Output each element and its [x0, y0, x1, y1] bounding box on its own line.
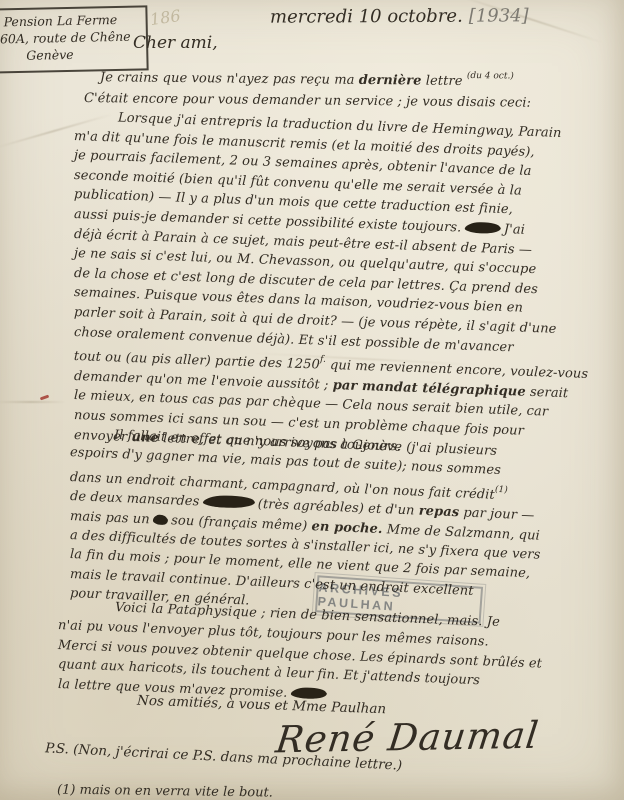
salutation: Cher ami,: [133, 33, 218, 53]
paragraph-2: Lorsque j'ai entrepris la traduction du …: [74, 107, 589, 445]
paper-crease: [0, 401, 66, 403]
paragraph-1: Je crains que vous n'ayez pas reçu ma de…: [84, 62, 531, 109]
date-year-annotation: [1934]: [469, 5, 529, 26]
letter-text-segment: de deux mansardes: [70, 489, 204, 510]
letter-text-segment: dernière: [359, 73, 422, 89]
paragraph-3: Il fallait en effet que nous soyons à Ge…: [70, 424, 541, 604]
letter-text-segment: en poche.: [311, 519, 383, 537]
ink-scribble: [466, 222, 500, 233]
letter-date-text: mercredi 10 octobre.: [270, 6, 463, 28]
letter-text-segment: repas: [418, 504, 459, 521]
letter-text-segment: (1): [495, 485, 508, 496]
letter-text-segment: J'ai: [499, 222, 525, 238]
letter-text-segment: par jour —: [459, 506, 535, 524]
letter-date: mercredi 10 octobre.[1934]: [270, 5, 529, 27]
letter-text-segment: (du 4 oct.): [467, 71, 514, 81]
letter-text-segment: mais pas un: [70, 509, 155, 528]
sender-address-line: Genève: [26, 44, 146, 64]
ink-scribble: [292, 688, 326, 699]
ink-scribble: [204, 496, 254, 508]
red-ink-speck: [40, 395, 49, 401]
letter-text-segment: lettre: [421, 74, 466, 89]
letter-text-segment: serait: [525, 384, 568, 400]
footnote-line: (1) mais on en verra vite le bout.: [57, 782, 273, 800]
faint-pencil-mark: 186: [149, 6, 182, 29]
letter-page: 186 Pension La Ferme 60A, route de Chêne…: [0, 0, 624, 800]
ink-scribble: [154, 514, 167, 524]
letter-text-segment: Je crains que vous n'ayez pas reçu ma: [100, 70, 359, 88]
sender-address-line: 60A, route de Chêne: [0, 27, 146, 47]
